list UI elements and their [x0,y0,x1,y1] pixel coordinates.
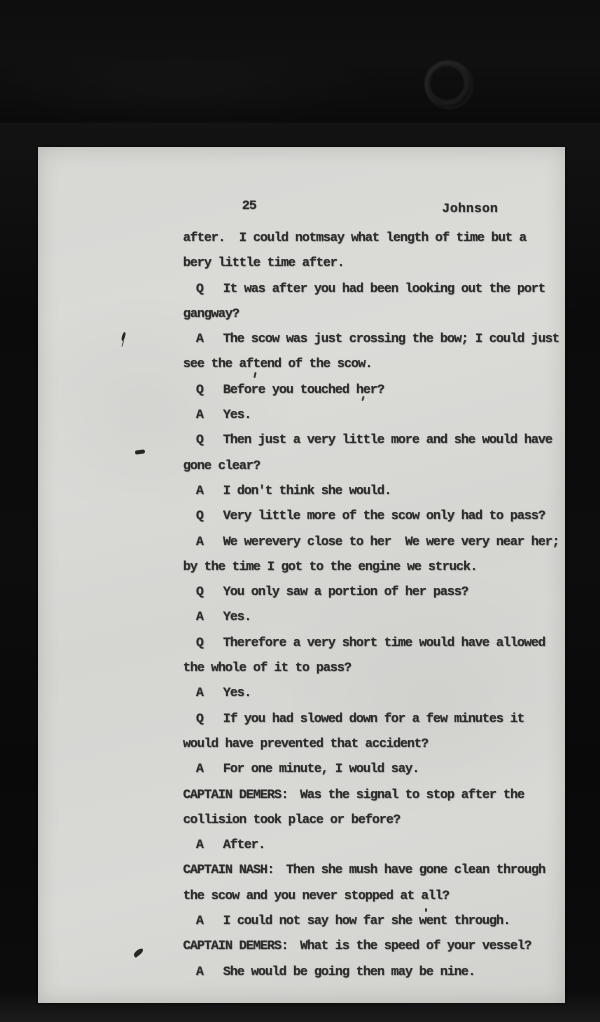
transcript-line: AShe would be going then may be nine. [183,959,558,984]
line-text: For one minute, I would say. [223,761,419,776]
ink-speck [133,947,145,958]
speaker-prefix: Q [196,503,223,528]
speaker-prefix: Q [196,276,223,301]
transcript-line: by the time I got to the engine we struc… [183,554,558,579]
line-text: I don't think she would. [223,483,391,498]
speaker-prefix: Q [196,706,223,731]
transcript-line: AAfter. [183,832,558,857]
transcript-line: bery little time after. [183,250,558,275]
line-text: We werevery close to her We were very ne… [223,534,559,549]
transcript-line: QIt was after you had been looking out t… [183,276,558,301]
line-text: see the aftend of the scow. [183,356,372,371]
transcript-line: QYou only saw a portion of her pass? [183,579,558,604]
line-text: It was after you had been looking out th… [223,281,545,296]
transcript-line: the scow and you never stopped at all? [183,883,558,908]
line-text: Before you touched her? [223,382,384,397]
transcript-line: after. I could notmsay what length of ti… [183,225,558,250]
line-text: Was the signal to stop after the [300,787,524,802]
speaker-prefix: CAPTAIN DEMERS: [183,938,288,953]
line-text: Then just a very little more and she wou… [223,432,552,447]
line-text: After. [223,837,265,852]
line-text: Very little more of the scow only had to… [223,508,545,523]
transcript-line: collision took place or before? [183,807,558,832]
transcript-line: QThen just a very little more and she wo… [183,427,558,452]
speaker-prefix: A [196,680,223,705]
transcript-line: gone clear? [183,453,558,478]
transcript-line: AThe scow was just crossing the bow; I c… [183,326,558,351]
line-text: after. I could notmsay what length of ti… [183,230,526,245]
line-text: Yes. [223,685,251,700]
transcript-page: 25 Johnson after. I could notmsay what l… [38,147,565,1003]
witness-name: Johnson [442,201,498,216]
line-text: the whole of it to pass? [183,660,351,675]
film-ring-artifact [425,61,473,109]
transcript-line: would have prevented that accident? [183,731,558,756]
speaker-prefix: Q [196,427,223,452]
transcript-line: see the aftend of the scow. [183,351,558,376]
line-text: Yes. [223,407,251,422]
line-text: the scow and you never stopped at all? [183,888,449,903]
speaker-prefix: A [196,756,223,781]
scanned-microfilm-frame: 25 Johnson after. I could notmsay what l… [0,0,600,1022]
transcript-body: after. I could notmsay what length of ti… [183,225,558,984]
line-text: Therefore a very short time would have a… [223,635,545,650]
line-text: What is the speed of your vessel? [300,938,531,953]
transcript-line: gangway? [183,301,558,326]
transcript-line: AWe werevery close to her We were very n… [183,529,558,554]
transcript-line: the whole of it to pass? [183,655,558,680]
speaker-prefix: A [196,832,223,857]
transcript-line: AYes. [183,402,558,427]
transcript-line: QTherefore a very short time would have … [183,630,558,655]
transcript-line: QVery little more of the scow only had t… [183,503,558,528]
speaker-prefix: CAPTAIN NASH: [183,862,274,877]
speaker-prefix: A [196,326,223,351]
speaker-prefix: A [196,478,223,503]
transcript-line: AI don't think she would. [183,478,558,503]
line-text: I could not say how far she went through… [223,913,510,928]
line-text: The scow was just crossing the bow; I co… [223,331,559,346]
line-text: You only saw a portion of her pass? [223,584,468,599]
line-text: gone clear? [183,458,260,473]
line-text: would have prevented that accident? [183,736,428,751]
speaker-prefix: Q [196,579,223,604]
transcript-line: AYes. [183,680,558,705]
transcript-line: QIf you had slowed down for a few minute… [183,706,558,731]
ink-speck [121,332,126,341]
speaker-prefix: Q [196,630,223,655]
speaker-prefix: A [196,604,223,629]
line-text: She would be going then may be nine. [223,964,475,979]
line-text: collision took place or before? [183,812,400,827]
transcript-line: CAPTAIN NASH:Then she mush have gone cle… [183,857,558,882]
transcript-line: AI could not say how far she went throug… [183,908,558,933]
line-text: by the time I got to the engine we struc… [183,559,477,574]
transcript-line: CAPTAIN DEMERS:What is the speed of your… [183,933,558,958]
transcript-line: QBefore you touched her? [183,377,558,402]
speaker-prefix: A [196,959,223,984]
speaker-prefix: CAPTAIN DEMERS: [183,787,288,802]
line-text: Then she mush have gone clean through [286,862,545,877]
transcript-line: AYes. [183,604,558,629]
line-text: bery little time after. [183,255,344,270]
line-text: If you had slowed down for a few minutes… [223,711,524,726]
ink-speck [425,908,427,912]
ink-speck [135,449,145,454]
speaker-prefix: Q [196,377,223,402]
speaker-prefix: A [196,402,223,427]
line-text: gangway? [183,306,239,321]
line-text: Yes. [223,609,251,624]
transcript-line: CAPTAIN DEMERS:Was the signal to stop af… [183,782,558,807]
speaker-prefix: A [196,908,223,933]
page-number: 25 [242,198,256,213]
speaker-prefix: A [196,529,223,554]
transcript-line: AFor one minute, I would say. [183,756,558,781]
